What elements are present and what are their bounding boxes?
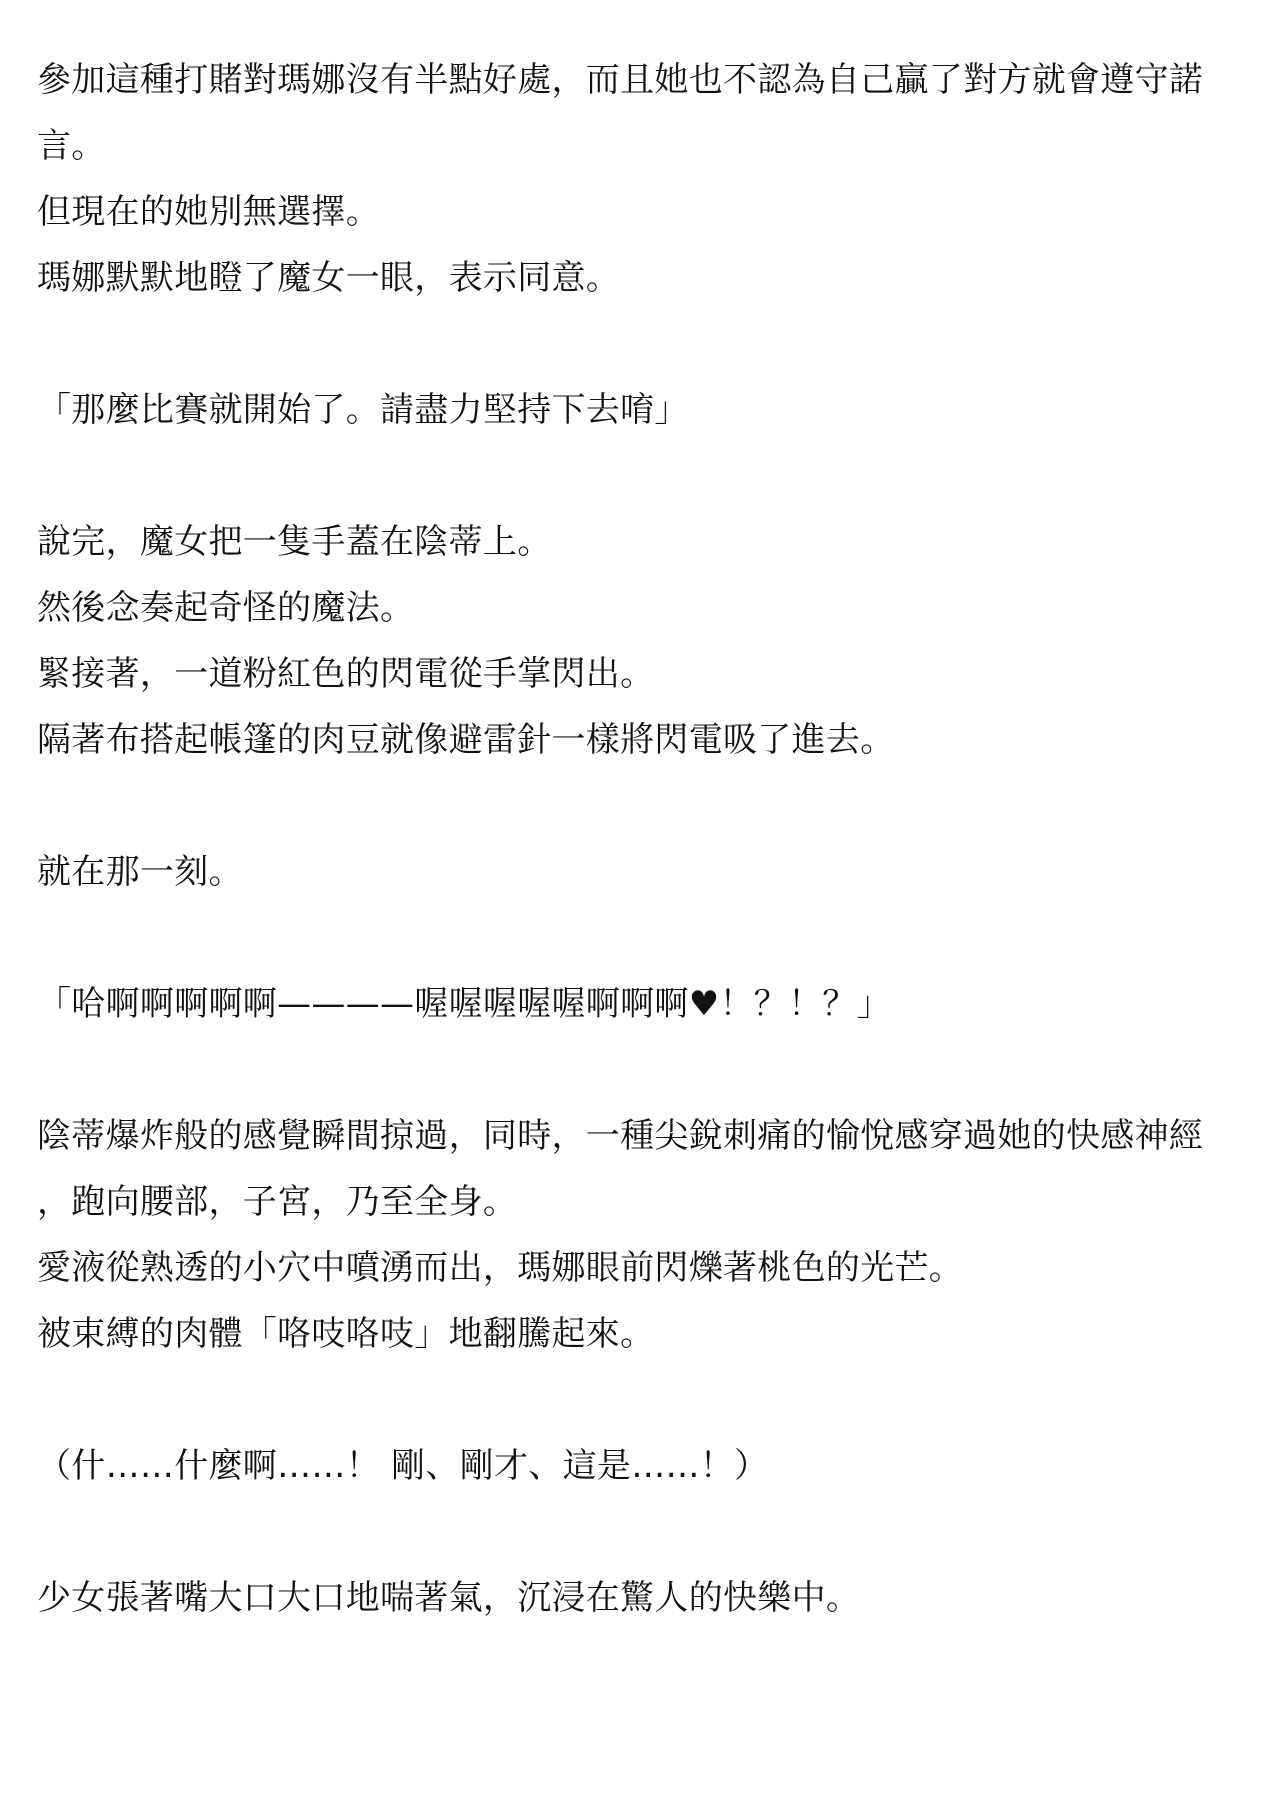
document-page: 參加這種打賭對瑪娜沒有半點好處，而且她也不認為自己贏了對方就會遵守諾 言。 但現…: [37, 47, 1247, 1631]
text-line-17: 陰蒂爆炸般的感覺瞬間掠過，同時，一種尖銳刺痛的愉悅感穿過她的快感神經: [37, 1103, 1247, 1169]
text-line-18: ，跑向腰部，子宮，乃至全身。: [37, 1169, 1247, 1235]
blank-line: [37, 1499, 1247, 1565]
text-line-9: 然後念奏起奇怪的魔法。: [37, 575, 1247, 641]
text-line-8: 說完，魔女把一隻手蓋在陰蒂上。: [37, 509, 1247, 575]
blank-line: [37, 1037, 1247, 1103]
text-line-11: 隔著布搭起帳篷的肉豆就像避雷針一樣將閃電吸了進去。: [37, 707, 1247, 773]
dialogue-line-witch: 「那麼比賽就開始了。請盡力堅持下去唷」: [37, 377, 1247, 443]
blank-line: [37, 773, 1247, 839]
text-line-19: 愛液從熟透的小穴中噴湧而出，瑪娜眼前閃爍著桃色的光芒。: [37, 1235, 1247, 1301]
blank-line: [37, 905, 1247, 971]
blank-line: [37, 443, 1247, 509]
text-line-24: 少女張著嘴大口大口地喘著氣，沉浸在驚人的快樂中。: [37, 1565, 1247, 1631]
text-line-1: 參加這種打賭對瑪娜沒有半點好處，而且她也不認為自己贏了對方就會遵守諾: [37, 47, 1247, 113]
text-line-3: 但現在的她別無選擇。: [37, 179, 1247, 245]
text-line-2: 言。: [37, 113, 1247, 179]
blank-line: [37, 1367, 1247, 1433]
text-line-20: 被束縛的肉體「咯吱咯吱」地翻騰起來。: [37, 1301, 1247, 1367]
inner-thought-line: （什……什麼啊……！ 剛、剛才、這是……！）: [37, 1433, 1247, 1499]
dialogue-line-scream: 「哈啊啊啊啊啊————喔喔喔喔喔啊啊啊♥！？！？」: [37, 971, 1247, 1037]
blank-line: [37, 311, 1247, 377]
text-line-4: 瑪娜默默地瞪了魔女一眼，表示同意。: [37, 245, 1247, 311]
text-line-10: 緊接著，一道粉紅色的閃電從手掌閃出。: [37, 641, 1247, 707]
text-line-13: 就在那一刻。: [37, 839, 1247, 905]
